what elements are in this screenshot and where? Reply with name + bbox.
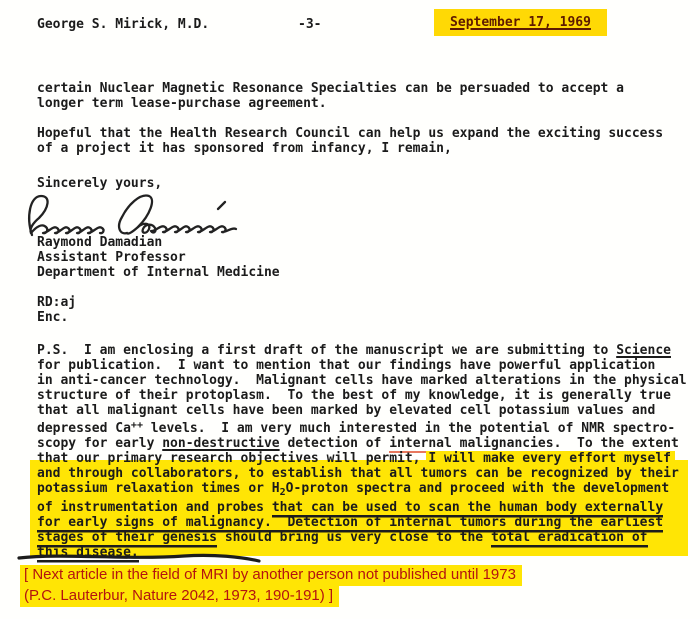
header-date: September 17, 1969 (450, 15, 591, 30)
text-segment: that can be used to scan the human body … (272, 500, 663, 515)
text-line: Enc. (37, 310, 76, 325)
text-segment: that all malignant cells have been marke… (37, 403, 655, 418)
text-segment: total eradication of (491, 530, 648, 545)
reference-initials: RD:ajEnc. (37, 295, 76, 325)
text-segment: stages of their genesis (37, 530, 217, 545)
text-segment: O-proton spectra and proceed with the de… (286, 481, 670, 496)
text-segment: Science (616, 343, 671, 358)
text-line: scopy for early non-destructive detectio… (37, 436, 687, 451)
text-line: Department of Internal Medicine (37, 265, 280, 280)
text-segment: levels. I am very much interested in the… (143, 421, 675, 436)
text-segment: (P.C. Lauterbur, Nature 2042, 1973, 190-… (20, 586, 339, 607)
signature-block: Raymond DamadianAssistant ProfessorDepar… (37, 235, 280, 280)
text-line: certain Nuclear Magnetic Resonance Speci… (37, 81, 624, 96)
text-line: [ Next article in the field of MRI by an… (20, 565, 522, 586)
text-line: of instrumentation and probes that can b… (37, 500, 687, 515)
text-line: for early signs of malignancy. Detection… (37, 515, 687, 530)
text-line: structure of their protoplasm. To the be… (37, 388, 687, 403)
text-line: that all malignant cells have been marke… (37, 403, 687, 418)
text-line: (P.C. Lauterbur, Nature 2042, 1973, 190-… (20, 586, 522, 607)
text-line: that our primary research objectives wil… (37, 451, 687, 466)
header-recipient: George S. Mirick, M.D. (37, 17, 209, 32)
text-segment: for publication. I want to mention that … (37, 358, 655, 373)
text-segment: P.S. I am enclosing a first draft of the… (37, 343, 616, 358)
text-line: for publication. I want to mention that … (37, 358, 687, 373)
text-segment: of instrumentation and probes (37, 500, 272, 515)
text-line: Assistant Professor (37, 250, 280, 265)
text-line: Raymond Damadian (37, 235, 280, 250)
text-segment: potassium relaxation times or H (37, 481, 280, 496)
text-segment: and through collaborators, to establish … (37, 466, 679, 481)
text-segment: ++ (131, 420, 143, 431)
text-segment: in anti-cancer technology. Malignant cel… (37, 373, 687, 388)
paragraph-lease: certain Nuclear Magnetic Resonance Speci… (37, 81, 624, 111)
text-line: and through collaborators, to establish … (37, 466, 687, 481)
text-line: potassium relaxation times or H2O-proton… (37, 481, 687, 500)
text-segment: internal malignancies. (389, 436, 561, 451)
date-highlight: September 17, 1969 (434, 9, 607, 36)
text-segment: To the extent (561, 436, 678, 451)
text-segment: I will make every effort myself (428, 451, 671, 466)
text-segment: should bring us very close to the (217, 530, 491, 545)
text-line: depressed Ca++ levels. I am very much in… (37, 418, 687, 436)
text-segment: depressed Ca (37, 421, 131, 436)
postscript: P.S. I am enclosing a first draft of the… (37, 343, 687, 560)
text-segment: detection of (280, 436, 390, 451)
scanned-letter-page: George S. Mirick, M.D. -3- September 17,… (0, 0, 700, 619)
text-line: longer term lease-purchase agreement. (37, 96, 624, 111)
text-line: Hopeful that the Health Research Council… (37, 126, 663, 141)
text-line: RD:aj (37, 295, 76, 310)
header-page-number: -3- (298, 17, 321, 32)
paragraph-hopeful: Hopeful that the Health Research Council… (37, 126, 663, 156)
text-segment: that our primary research objectives wil… (37, 451, 428, 466)
text-segment: scopy for early (37, 436, 162, 451)
text-segment: [ Next article in the field of MRI by an… (20, 565, 522, 586)
text-line: in anti-cancer technology. Malignant cel… (37, 373, 687, 388)
mri-annotation: [ Next article in the field of MRI by an… (20, 565, 522, 607)
text-segment: non-destructive (162, 436, 279, 451)
text-line: of a project it has sponsored from infan… (37, 141, 663, 156)
text-segment: structure of their protoplasm. To the be… (37, 388, 671, 403)
ink-stroke-underline (14, 550, 264, 564)
text-segment: for early signs of malignancy. Detection… (37, 515, 663, 530)
text-line: stages of their genesis should bring us … (37, 530, 687, 545)
text-line: P.S. I am enclosing a first draft of the… (37, 343, 687, 358)
